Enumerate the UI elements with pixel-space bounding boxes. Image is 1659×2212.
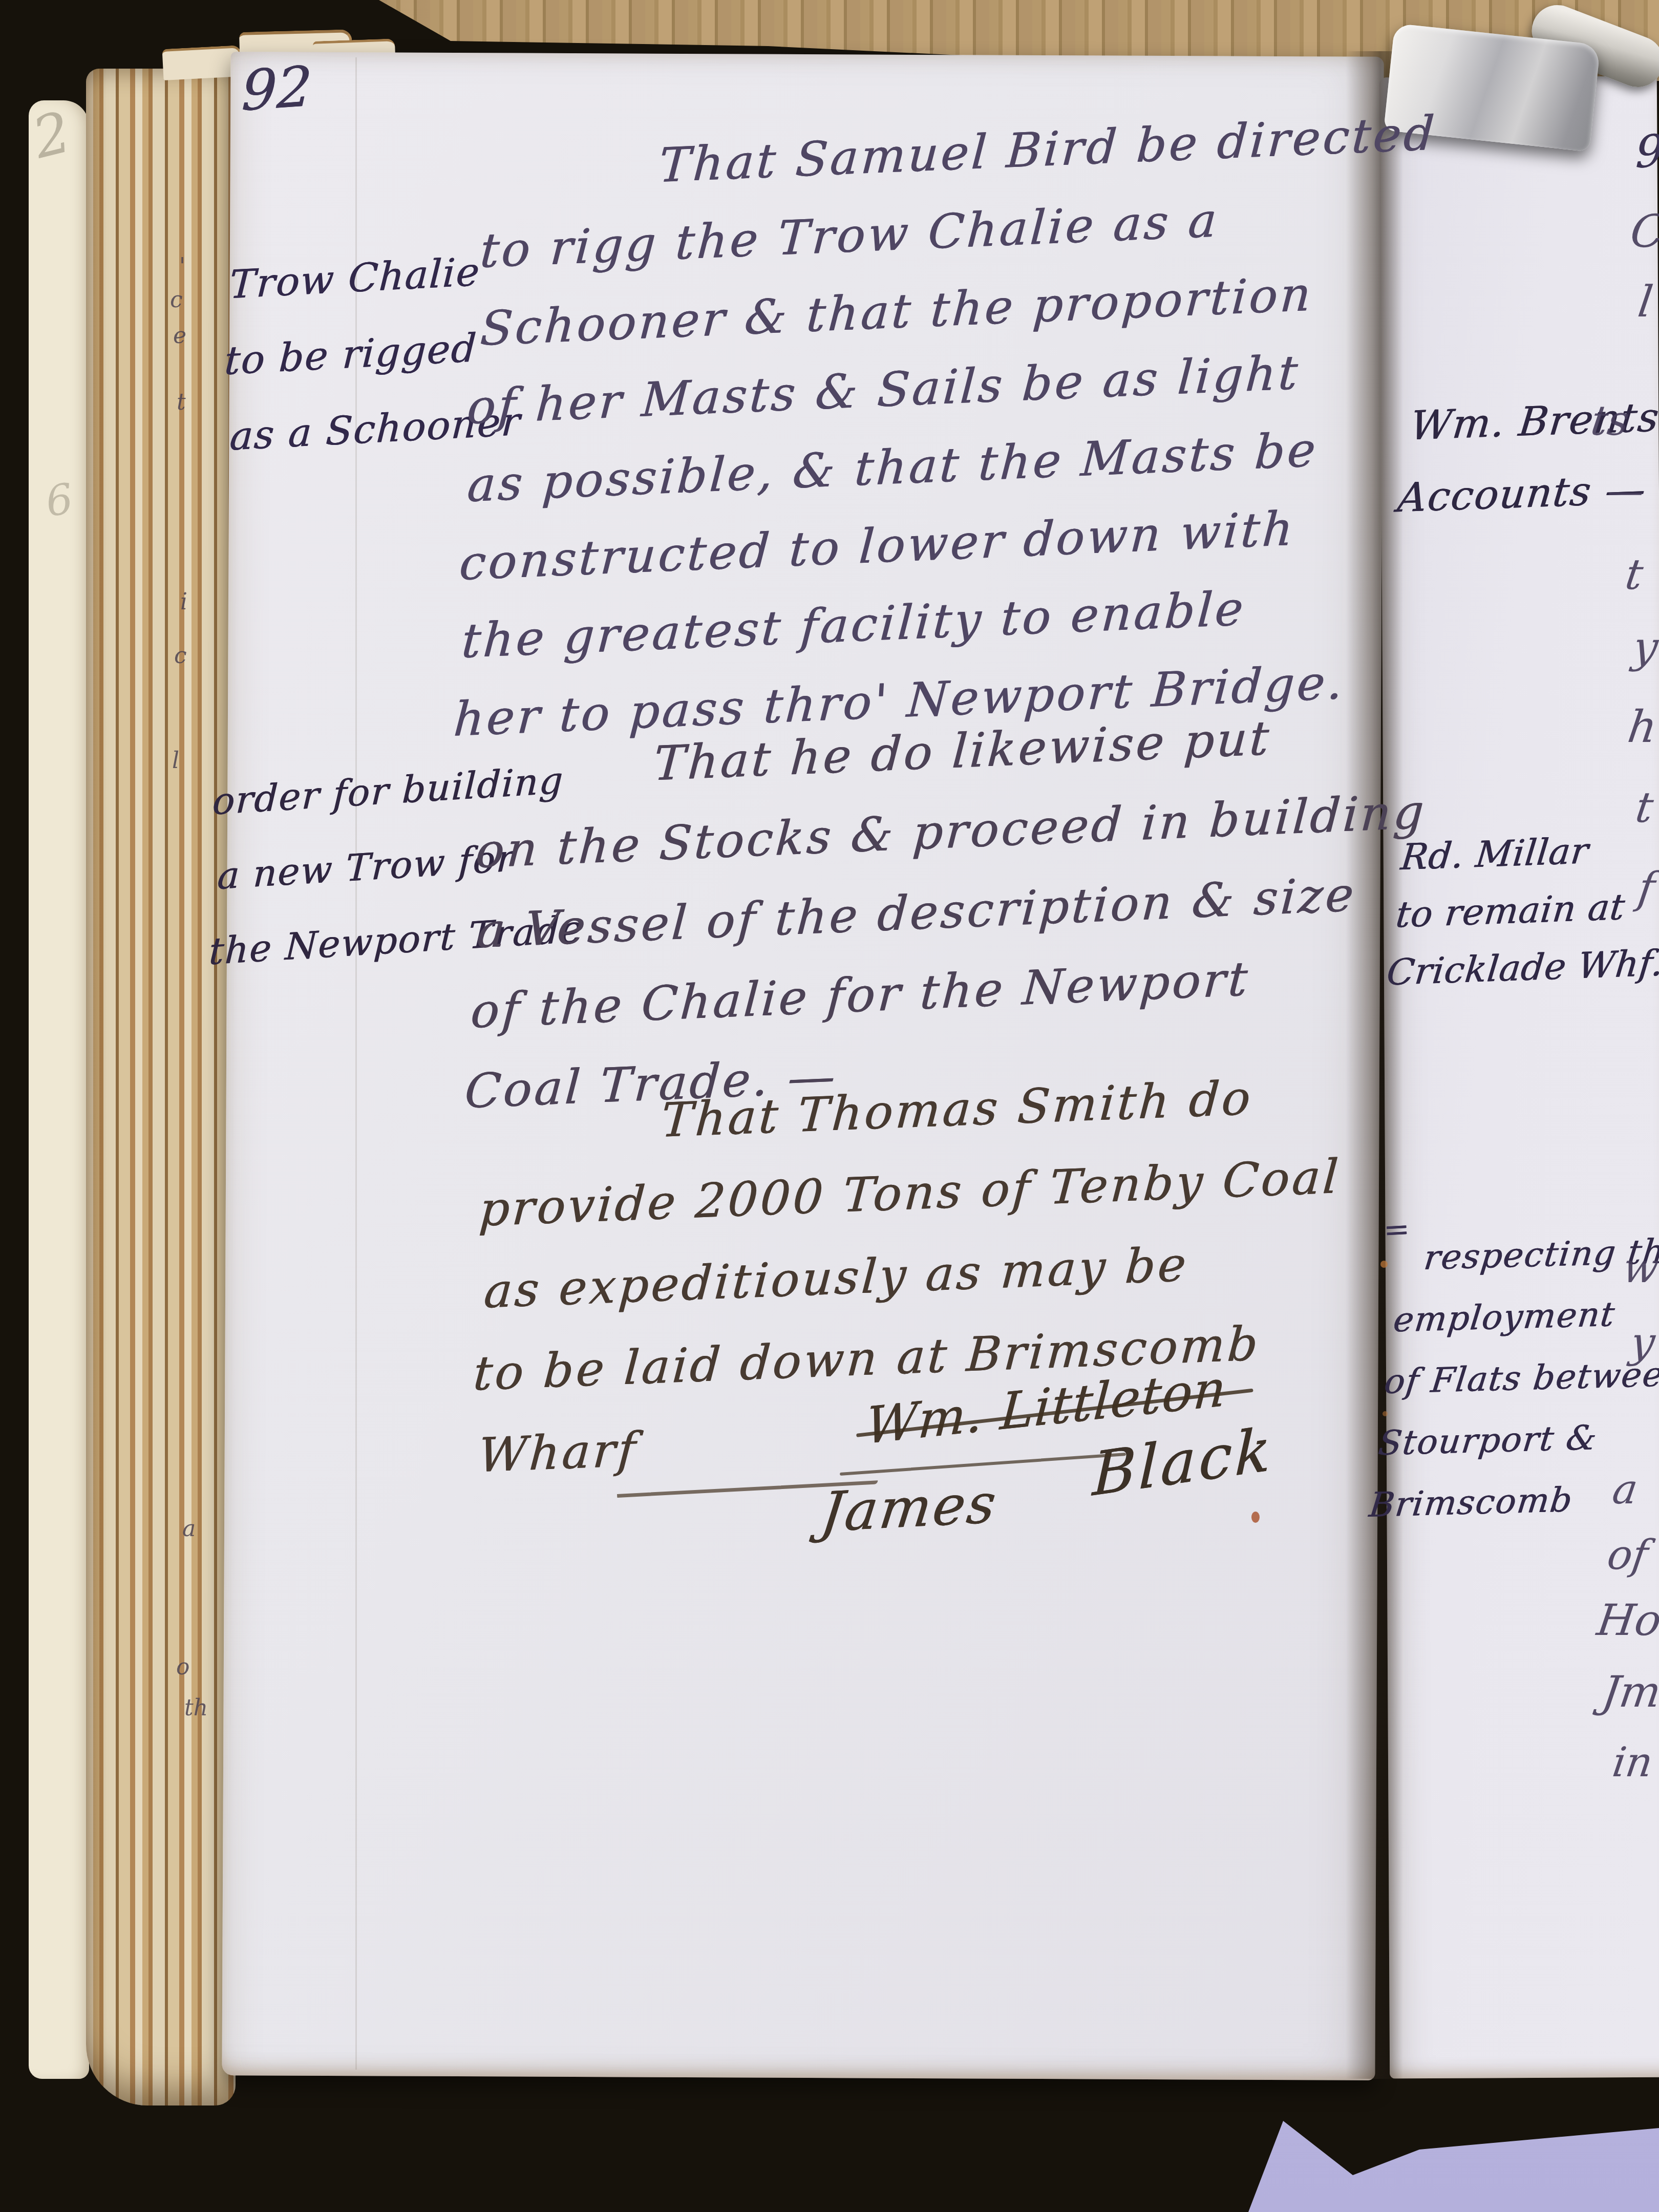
foxing-spot — [1251, 1512, 1260, 1523]
text-fragment: c — [170, 287, 183, 313]
under-page-edge — [29, 100, 89, 2079]
margin-note-line: employment — [1390, 1282, 1659, 1351]
text-fragment: l — [172, 748, 179, 774]
text-fragment: ts — [1588, 397, 1632, 444]
text-fragment: of — [1604, 1531, 1651, 1579]
right-page-number-partial: 9 — [1634, 125, 1659, 178]
minute-paragraph-1: That Samuel Bird be directed to rigg the… — [448, 94, 1439, 759]
margin-note-line: Stourport & — [1375, 1405, 1659, 1475]
text-fragment: Jm — [1599, 1667, 1659, 1717]
text-fragment: e — [173, 323, 186, 349]
text-fragment: th — [184, 1695, 208, 1721]
text-fragment: — — [1605, 470, 1647, 512]
margin-note-line: of Flats between — [1381, 1343, 1659, 1413]
text-fragment: a — [182, 1516, 196, 1542]
text-fragment: in — [1609, 1738, 1655, 1786]
text-fragment: w — [1620, 1244, 1659, 1292]
margin-note-line: Cricklade Whf. — [1384, 934, 1659, 1001]
margin-note-line: to remain at — [1393, 877, 1659, 944]
text-fragment: i — [180, 589, 187, 615]
text-fragment: ' — [179, 253, 185, 280]
margin-note-line: Rd. Millar — [1398, 819, 1659, 886]
text-fragment: c — [174, 643, 187, 669]
manuscript-photo: 92 Trow Chalie to be rigged as a Schoone… — [0, 0, 1659, 2212]
page-stack-fore-edges — [86, 69, 236, 2105]
text-fragment: t — [177, 389, 186, 415]
margin-note-millar-cricklade: Rd. Millar to remain at Cricklade Whf. — [1386, 819, 1659, 1001]
text-fragment: o — [176, 1654, 190, 1680]
text-fragment: Ho — [1594, 1595, 1659, 1645]
foxing-spot — [1380, 1261, 1388, 1268]
page-number: 92 — [241, 54, 313, 123]
